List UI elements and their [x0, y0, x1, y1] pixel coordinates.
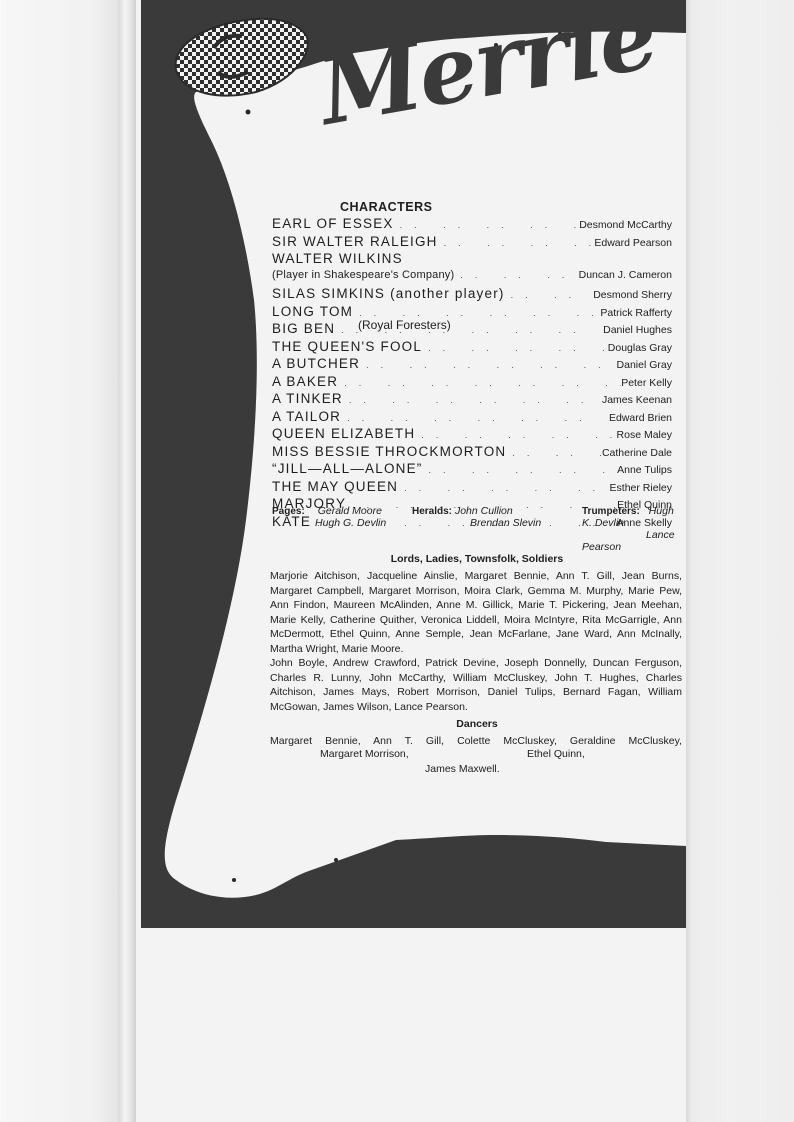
- character-role: MISS BESSIE THROCKMORTON: [272, 444, 506, 459]
- leader-dots: .. .. .. .. .. .. .. .. .. .. .. .. ..: [398, 483, 609, 493]
- cast-row: A BUTCHER.. .. .. .. .. .. .. .. .. .. .…: [272, 356, 672, 374]
- actor-name: James Keenan: [602, 394, 672, 406]
- herald-name: Brendan Slevin: [470, 517, 541, 529]
- actor-name: Anne Tulips: [617, 464, 672, 476]
- trumpeters-label: Trumpeters:: [582, 506, 640, 517]
- actor-name: Daniel Gray: [617, 359, 672, 371]
- character-role: A TAILOR: [272, 409, 341, 424]
- leader-dots: .. .. .. .. .. .. .. .. .. .. .. .. ..: [505, 290, 594, 300]
- leader-dots: .. .. .. .. .. .. .. .. .. .. .. .. ..: [415, 430, 616, 440]
- leader-dots: .. .. .. .. .. .. .. .. .. .. .. .. ..: [360, 360, 616, 370]
- dancers-line-1: Margaret Bennie, Ann T. Gill, Colette Mc…: [270, 734, 682, 749]
- leader-dots: .. .. .. .. .. .. .. .. .. .. .. .. ..: [422, 343, 608, 353]
- cast-row: SILAS SIMKINS (another player).. .. .. .…: [272, 286, 672, 304]
- dancers-line-2a: Margaret Morrison,: [320, 748, 409, 760]
- character-role: THE MAY QUEEN: [272, 479, 398, 494]
- leader-dots: .. .. .. .. .. .. .. .. .. .. .. .. ..: [338, 378, 621, 388]
- actor-name: Esther Rieley: [610, 482, 672, 494]
- leader-dots: .. .. .. .. .. .. .. .. .. .. .. .. ..: [343, 395, 602, 405]
- characters-heading: CHARACTERS: [340, 200, 433, 214]
- cast-row: (Player in Shakespeare's Company).. .. .…: [272, 269, 672, 287]
- character-role: A TINKER: [272, 391, 343, 406]
- character-role: THE QUEEN'S FOOL: [272, 339, 422, 354]
- trumpeter-name: Lance Pearson: [582, 529, 675, 553]
- actor-name: Douglas Gray: [608, 342, 672, 354]
- actor-name: Rose Maley: [617, 429, 672, 441]
- actor-name: Duncan J. Cameron: [579, 269, 672, 281]
- dancers-line-2b: Ethel Quinn,: [527, 748, 585, 760]
- leader-dots: .. .. .. .. .. .. .. .. .. .. .. .. ..: [454, 270, 578, 280]
- character-role: QUEEN ELIZABETH: [272, 426, 415, 441]
- actor-name: Edward Pearson: [594, 237, 672, 249]
- character-role: A BAKER: [272, 374, 338, 389]
- page-name: Gerald Moore: [318, 505, 382, 517]
- pages-label: Pages:: [272, 506, 305, 517]
- actor-name: Daniel Hughes: [603, 324, 672, 336]
- cast-row: WALTER WILKINS: [272, 251, 672, 269]
- trumpeters-group: Trumpeters: Hugh K. Devlin Lance Pearson: [582, 505, 682, 553]
- royal-foresters-note: (Royal Foresters): [358, 318, 451, 332]
- cast-row: A BAKER.. .. .. .. .. .. .. .. .. .. .. …: [272, 374, 672, 392]
- pages-group: Pages: Gerald Moore Hugh G. Devlin: [272, 505, 386, 529]
- actor-name: Edward Brien: [609, 412, 672, 424]
- book-gutter: [118, 0, 136, 1122]
- cast-row: QUEEN ELIZABETH.. .. .. .. .. .. .. .. .…: [272, 426, 672, 444]
- cast-row: SIR WALTER RALEIGH.. .. .. .. .. .. .. .…: [272, 234, 672, 252]
- leader-dots: .. .. .. .. .. .. .. .. .. .. .. .. ..: [353, 308, 600, 318]
- ensemble-men-list: John Boyle, Andrew Crawford, Patrick Dev…: [270, 656, 682, 714]
- cast-row: A TINKER.. .. .. .. .. .. .. .. .. .. ..…: [272, 391, 672, 409]
- ensemble-women-list: Marjorie Aitchison, Jacqueline Ainslie, …: [270, 569, 682, 656]
- character-role: “JILL—ALL—ALONE”: [272, 461, 423, 476]
- dancers-line-3: James Maxwell.: [425, 763, 500, 775]
- actor-name: Desmond Sherry: [593, 289, 672, 301]
- cast-row: “JILL—ALL—ALONE”.. .. .. .. .. .. .. .. …: [272, 461, 672, 479]
- cast-row: EARL OF ESSEX.. .. .. .. .. .. .. .. .. …: [272, 216, 672, 234]
- character-role: BIG BEN: [272, 321, 335, 336]
- herald-name: John Cullion: [455, 505, 513, 517]
- leader-dots: .. .. .. .. .. .. .. .. .. .. .. .. ..: [394, 220, 580, 230]
- cast-row: MISS BESSIE THROCKMORTON.. .. .. .. .. .…: [272, 444, 672, 462]
- facing-page-left: [0, 0, 118, 1122]
- character-role: SIR WALTER RALEIGH: [272, 234, 438, 249]
- page-name: Hugh G. Devlin: [315, 517, 386, 529]
- actor-name: Desmond McCarthy: [579, 219, 672, 231]
- actor-name: Patrick Rafferty: [600, 307, 672, 319]
- dancers-heading: Dancers: [272, 718, 682, 730]
- character-role: EARL OF ESSEX: [272, 216, 394, 231]
- cast-row: THE MAY QUEEN.. .. .. .. .. .. .. .. .. …: [272, 479, 672, 497]
- leader-dots: .. .. .. .. .. .. .. .. .. .. .. .. ..: [423, 465, 618, 475]
- leader-dots: .. .. .. .. .. .. .. .. .. .. .. .. ..: [506, 448, 602, 458]
- leader-dots: .. .. .. .. .. .. .. .. .. .. .. .. ..: [438, 238, 595, 248]
- facing-page-right: [686, 0, 794, 1122]
- actor-name: Catherine Dale: [602, 447, 672, 459]
- heralds-label: Heralds:: [412, 506, 452, 517]
- character-role: A BUTCHER: [272, 356, 360, 371]
- character-role: SILAS SIMKINS (another player): [272, 286, 505, 301]
- ensemble-heading: Lords, Ladies, Townsfolk, Soldiers: [272, 553, 682, 565]
- heralds-group: Heralds: John Cullion Brendan Slevin: [412, 505, 541, 529]
- cast-row: LONG TOM.. .. .. .. .. .. .. .. .. .. ..…: [272, 304, 672, 322]
- cast-list: EARL OF ESSEX.. .. .. .. .. .. .. .. .. …: [272, 216, 672, 531]
- character-role: WALTER WILKINS: [272, 251, 403, 266]
- leader-dots: .. .. .. .. .. .. .. .. .. .. .. .. ..: [341, 413, 609, 423]
- actor-name: Peter Kelly: [621, 377, 672, 389]
- cast-row: A TAILOR.. .. .. .. .. .. .. .. .. .. ..…: [272, 409, 672, 427]
- cast-row: THE QUEEN'S FOOL.. .. .. .. .. .. .. .. …: [272, 339, 672, 357]
- cast-row: BIG BEN.. .. .. .. .. .. .. .. .. .. .. …: [272, 321, 672, 339]
- character-role: LONG TOM: [272, 304, 353, 319]
- character-role: (Player in Shakespeare's Company): [272, 269, 454, 281]
